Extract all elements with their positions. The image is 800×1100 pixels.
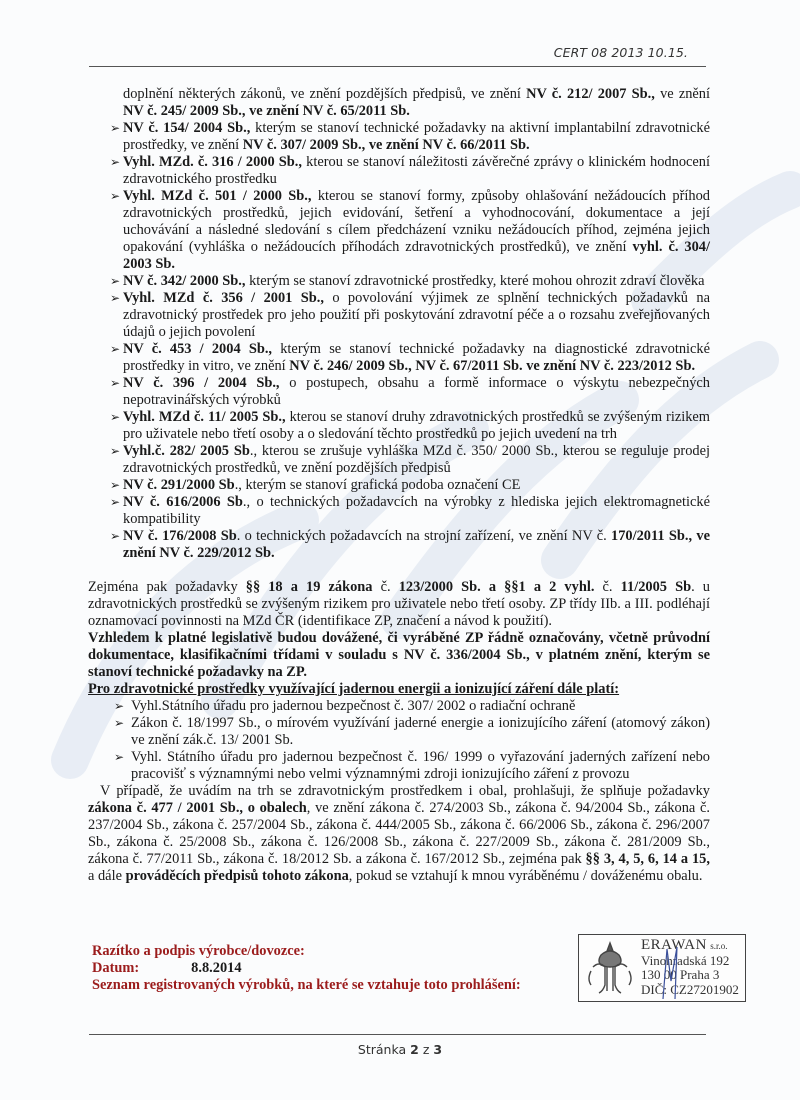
list-item: ➢Vyhl.č. 282/ 2005 Sb., kterou se zrušuj… xyxy=(88,443,710,477)
list-item: ➢NV č. 154/ 2004 Sb., kterým se stanoví … xyxy=(88,120,710,154)
arrow-bullet-icon: ➢ xyxy=(114,715,124,732)
erawan-elephant-logo-icon xyxy=(585,941,635,997)
arrow-bullet-icon: ➢ xyxy=(110,154,120,171)
page-number: Stránka 2 z 3 xyxy=(0,1042,800,1057)
product-list-label: Seznam registrovaných výrobků, na které … xyxy=(92,977,521,994)
arrow-bullet-icon: ➢ xyxy=(110,409,120,426)
arrow-bullet-icon: ➢ xyxy=(110,528,120,545)
signature-block: Razítko a podpis výrobce/dovozce: Datum:… xyxy=(92,943,521,994)
list-item: ➢NV č. 176/2008 Sb. o technických požada… xyxy=(88,528,710,562)
document-code: CERT 08 2013 10.15. xyxy=(554,45,688,60)
arrow-bullet-icon: ➢ xyxy=(110,494,120,511)
arrow-bullet-icon: ➢ xyxy=(110,188,120,205)
nuclear-heading: Pro zdravotnické prostředky využívající … xyxy=(88,681,710,698)
arrow-bullet-icon: ➢ xyxy=(110,290,120,307)
arrow-bullet-icon: ➢ xyxy=(114,698,124,715)
list-item: ➢NV č. 616/2006 Sb., o technických požad… xyxy=(88,494,710,528)
packaging-paragraph: V případě, že uvádím na trh se zdravotni… xyxy=(88,783,710,885)
stamp-signature-label: Razítko a podpis výrobce/dovozce: xyxy=(92,943,521,960)
list-item: ➢Vyhl. MZd. č. 316 / 2000 Sb., kterou se… xyxy=(88,154,710,188)
arrow-bullet-icon: ➢ xyxy=(110,375,120,392)
requirements-paragraph: Zejména pak požadavky §§ 18 a 19 zákona … xyxy=(88,579,710,630)
signature-scribble-icon xyxy=(649,941,689,1001)
legislation-list: ➢NV č. 154/ 2004 Sb., kterým se stanoví … xyxy=(88,120,710,562)
arrow-bullet-icon: ➢ xyxy=(110,443,120,460)
labeling-paragraph: Vzhledem k platné legislativě budou dová… xyxy=(88,630,710,681)
list-item: ➢NV č. 453 / 2004 Sb., kterým se stanoví… xyxy=(88,341,710,375)
list-item: ➢Vyhl. MZd č. 356 / 2001 Sb., o povolová… xyxy=(88,290,710,341)
company-stamp: ERAWAN s.r.o. Vinohradská 192 130 00 Pra… xyxy=(578,934,746,1002)
date-label: Datum: xyxy=(92,960,139,976)
date-row: Datum:8.8.2014 xyxy=(92,960,521,977)
arrow-bullet-icon: ➢ xyxy=(114,749,124,766)
list-item: ➢Zákon č. 18/1997 Sb., o mírovém využívá… xyxy=(88,715,710,749)
nuclear-list: ➢Vyhl.Státního úřadu pro jadernou bezpeč… xyxy=(88,698,710,783)
footer-divider xyxy=(89,1034,706,1035)
list-item: ➢Vyhl. MZd č. 11/ 2005 Sb., kterou se st… xyxy=(88,409,710,443)
arrow-bullet-icon: ➢ xyxy=(110,273,120,290)
list-item: ➢NV č. 342/ 2000 Sb., kterým se stanoví … xyxy=(88,273,710,290)
list-continuation: doplnění některých zákonů, ve znění pozd… xyxy=(88,86,710,120)
list-item: ➢NV č. 396 / 2004 Sb., o postupech, obsa… xyxy=(88,375,710,409)
arrow-bullet-icon: ➢ xyxy=(110,341,120,358)
arrow-bullet-icon: ➢ xyxy=(110,477,120,494)
header-divider xyxy=(89,66,706,67)
date-value: 8.8.2014 xyxy=(191,960,241,977)
list-item: ➢Vyhl. MZd č. 501 / 2000 Sb., kterou se … xyxy=(88,188,710,273)
list-item: ➢Vyhl.Státního úřadu pro jadernou bezpeč… xyxy=(88,698,710,715)
list-item: ➢Vyhl. Státního úřadu pro jadernou bezpe… xyxy=(88,749,710,783)
document-body: doplnění některých zákonů, ve znění pozd… xyxy=(88,86,710,885)
list-item: ➢NV č. 291/2000 Sb., kterým se stanoví g… xyxy=(88,477,710,494)
arrow-bullet-icon: ➢ xyxy=(110,120,120,137)
